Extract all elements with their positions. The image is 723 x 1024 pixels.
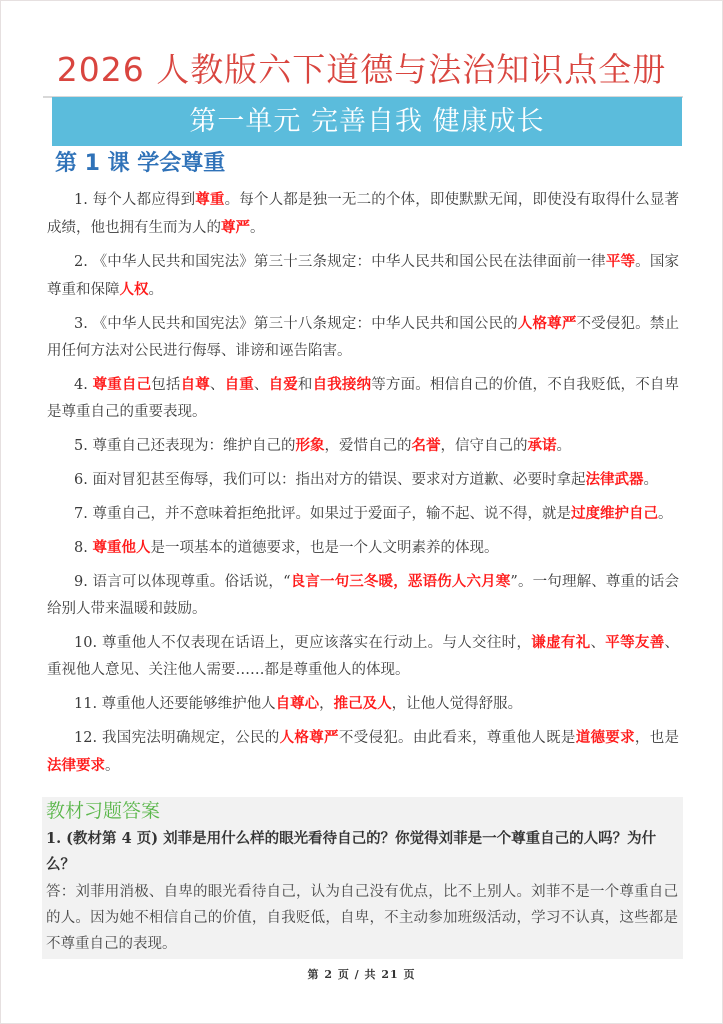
point-text: 3. 《中华人民共和国宪法》第三十八条规定：中华人民共和国公民的 xyxy=(74,316,518,332)
knowledge-point-9: 9. 语言可以体现尊重。俗话说，“良言一句三冬暖，恶语伤人六月寒”。一句理解、尊… xyxy=(47,568,679,623)
point-text: 。 xyxy=(556,438,571,454)
answers-heading: 教材习题答案 xyxy=(46,797,160,825)
point-text: 包括 xyxy=(151,377,180,393)
knowledge-point-5: 5. 尊重自己还表现为：维护自己的形象，爱惜自己的名誉，信守自己的承诺。 xyxy=(47,432,679,460)
key-term: 人权 xyxy=(120,281,149,298)
point-text: 6. 面对冒犯甚至侮辱，我们可以：指出对方的错误、要求对方道歉、必要时拿起 xyxy=(74,472,585,488)
key-term: 自尊 xyxy=(181,376,210,393)
point-text: 。 xyxy=(105,758,120,774)
point-text: 。 xyxy=(643,472,658,488)
point-text: 。 xyxy=(250,220,265,236)
key-term: 自我接纳 xyxy=(313,376,372,393)
point-text: 12. 我国宪法明确规定，公民的 xyxy=(74,730,280,746)
knowledge-point-11: 11. 尊重他人还要能够维护他人自尊心，推己及人，让他人觉得舒服。 xyxy=(47,690,679,718)
key-term: 法律武器 xyxy=(585,471,643,488)
key-term: 道德要求 xyxy=(576,729,635,746)
key-term: 尊重他人 xyxy=(92,539,150,556)
knowledge-points-list: 1. 每个人都应得到尊重。每个人都是独一无二的个体，即使默默无闻，即使没有取得什… xyxy=(47,186,679,786)
knowledge-point-12: 12. 我国宪法明确规定，公民的人格尊严不受侵犯。由此看来，尊重他人既是道德要求… xyxy=(47,724,679,780)
point-text: 8. xyxy=(74,540,92,556)
key-term: 尊重 xyxy=(195,191,224,208)
key-term: 过度维护自己 xyxy=(571,505,658,522)
point-text: 5. 尊重自己还表现为：维护自己的 xyxy=(74,438,295,454)
point-text: 。 xyxy=(149,282,164,298)
knowledge-point-6: 6. 面对冒犯甚至侮辱，我们可以：指出对方的错误、要求对方道歉、必要时拿起法律武… xyxy=(47,466,679,494)
exercise-question: 1. (教材第 4 页) 刘菲是用什么样的眼光看待自己的？你觉得刘菲是一个尊重自… xyxy=(46,826,678,878)
point-text: 4. xyxy=(74,377,93,393)
point-text: 11. 尊重他人还要能够维护他人 xyxy=(74,696,276,712)
key-term: 平等友善 xyxy=(605,634,664,651)
point-text: 10. 尊重他人不仅表现在话语上，更应该落实在行动上。与人交往时， xyxy=(74,635,531,651)
knowledge-point-4: 4. 尊重自己包括自尊、自重、自爱和自我接纳等方面。相信自己的价值，不自我贬低，… xyxy=(47,371,679,426)
key-term: 自爱 xyxy=(269,376,298,393)
key-term: 谦虚有礼 xyxy=(531,634,590,651)
point-text: 、 xyxy=(254,377,269,393)
key-term: 尊重自己 xyxy=(93,376,152,393)
point-text: 、 xyxy=(210,377,225,393)
point-text: ，爱惜自己的 xyxy=(324,438,411,454)
point-text: ， xyxy=(319,696,334,712)
key-term: 形象 xyxy=(295,437,324,454)
knowledge-point-10: 10. 尊重他人不仅表现在话语上，更应该落实在行动上。与人交往时，谦虚有礼、平等… xyxy=(47,629,679,684)
point-text: 。 xyxy=(658,506,673,522)
key-term: 自尊心 xyxy=(276,695,320,712)
key-term: 自重 xyxy=(225,376,254,393)
textbook-answers-section: 教材习题答案 1. (教材第 4 页) 刘菲是用什么样的眼光看待自己的？你觉得刘… xyxy=(42,797,683,959)
key-term: 人格尊严 xyxy=(280,729,339,746)
exercise-answer: 答：刘菲用消极、自卑的眼光看待自己，认为自己没有优点，比不上别人。刘菲不是一个尊… xyxy=(46,879,678,957)
page-number-footer: 第 2 页 / 共 21 页 xyxy=(0,966,723,982)
knowledge-point-1: 1. 每个人都应得到尊重。每个人都是独一无二的个体，即使默默无闻，即使没有取得什… xyxy=(47,186,679,242)
key-term: 名誉 xyxy=(411,437,440,454)
document-title: 2026 人教版六下道德与法治知识点全册 xyxy=(0,48,723,92)
point-text: 2. 《中华人民共和国宪法》第三十三条规定：中华人民共和国公民在法律面前一律 xyxy=(74,254,606,270)
point-text: 、 xyxy=(590,635,605,651)
key-term: 承诺 xyxy=(527,437,556,454)
key-term: 平等 xyxy=(606,253,635,270)
key-term: 尊严 xyxy=(221,219,250,236)
knowledge-point-7: 7. 尊重自己，并不意味着拒绝批评。如果过于爱面子，输不起、说不得，就是过度维护… xyxy=(47,500,679,528)
knowledge-point-2: 2. 《中华人民共和国宪法》第三十三条规定：中华人民共和国公民在法律面前一律平等… xyxy=(47,248,679,304)
point-text: ，信守自己的 xyxy=(440,438,527,454)
point-text: 1. 每个人都应得到 xyxy=(74,192,195,208)
key-term: 推己及人 xyxy=(334,695,392,712)
point-text: ，让他人觉得舒服。 xyxy=(392,696,523,712)
point-text: 是一项基本的道德要求，也是一个人文明素养的体现。 xyxy=(150,540,498,556)
knowledge-point-3: 3. 《中华人民共和国宪法》第三十八条规定：中华人民共和国公民的人格尊严不受侵犯… xyxy=(47,310,679,365)
key-term: 法律要求 xyxy=(47,757,105,774)
point-text: 和 xyxy=(298,377,313,393)
lesson-title: 第 1 课 学会尊重 xyxy=(55,148,225,180)
knowledge-point-8: 8. 尊重他人是一项基本的道德要求，也是一个人文明素养的体现。 xyxy=(47,534,679,562)
point-text: 7. 尊重自己，并不意味着拒绝批评。如果过于爱面子，输不起、说不得，就是 xyxy=(74,506,571,522)
point-text: 不受侵犯。由此看来，尊重他人既是 xyxy=(339,730,576,746)
key-term: 人格尊严 xyxy=(518,315,577,332)
key-term: 良言一句三冬暖，恶语伤人六月寒 xyxy=(290,573,510,590)
unit-banner: 第一单元 完善自我 健康成长 xyxy=(52,97,682,146)
point-text: 9. 语言可以体现尊重。俗话说，“ xyxy=(74,574,290,590)
point-text: ，也是 xyxy=(635,730,679,746)
